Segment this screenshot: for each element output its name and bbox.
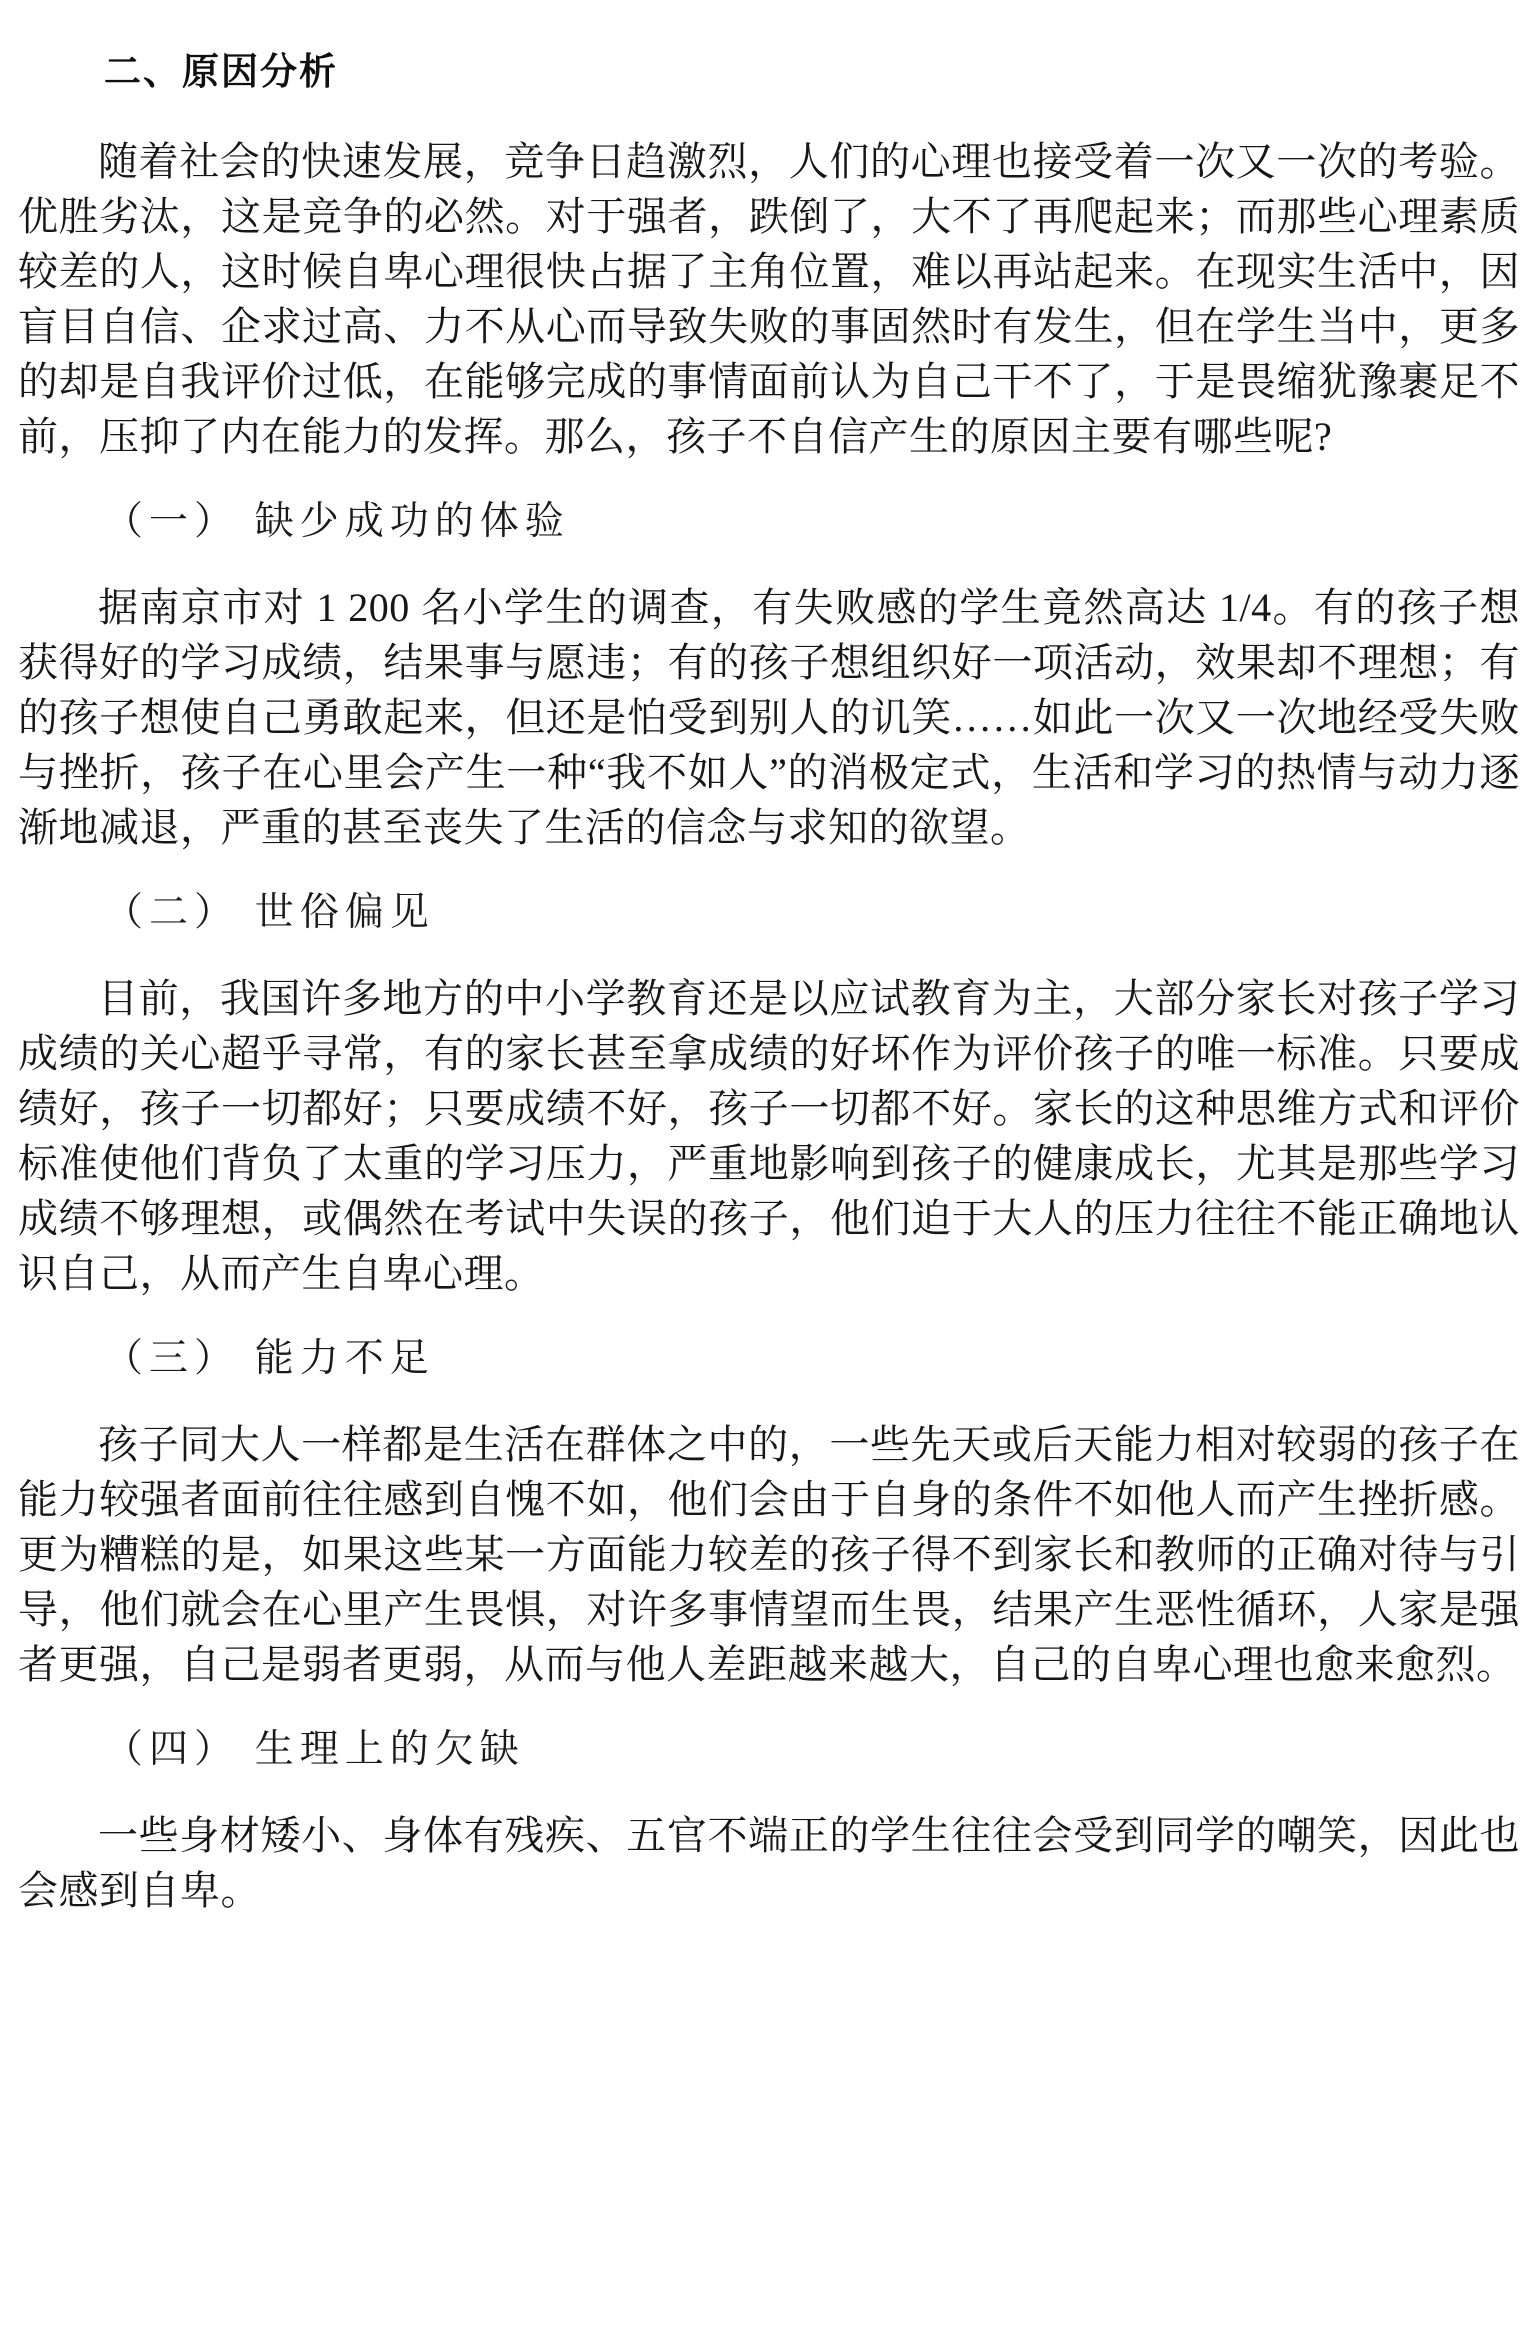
document-page: 二、原因分析 随着社会的快速发展，竞争日趋激烈，人们的心理也接受着一次又一次的考… <box>0 0 1536 2333</box>
subsection-2-paragraph: 目前，我国许多地方的中小学教育还是以应试教育为主，大部分家长对孩子学习成绩的关心… <box>18 971 1520 1301</box>
subsection-heading-2: （二） 世俗偏见 <box>104 889 1520 937</box>
subsection-heading-3: （三） 能力不足 <box>104 1335 1520 1383</box>
subsection-4-paragraph: 一些身材矮小、身体有残疾、五官不端正的学生往往会受到同学的嘲笑，因此也会感到自卑… <box>18 1808 1520 1918</box>
intro-paragraph: 随着社会的快速发展，竞争日趋激烈，人们的心理也接受着一次又一次的考验。优胜劣汰，… <box>18 134 1520 464</box>
subsection-heading-1: （一） 缺少成功的体验 <box>104 498 1520 546</box>
subsection-1-paragraph: 据南京市对 1 200 名小学生的调查，有失败感的学生竟然高达 1/4。有的孩子… <box>18 580 1520 855</box>
subsection-3-paragraph: 孩子同大人一样都是生活在群体之中的，一些先天或后天能力相对较弱的孩子在能力较强者… <box>18 1417 1520 1692</box>
chapter-heading: 二、原因分析 <box>104 50 1520 94</box>
subsection-heading-4: （四） 生理上的欠缺 <box>104 1726 1520 1774</box>
